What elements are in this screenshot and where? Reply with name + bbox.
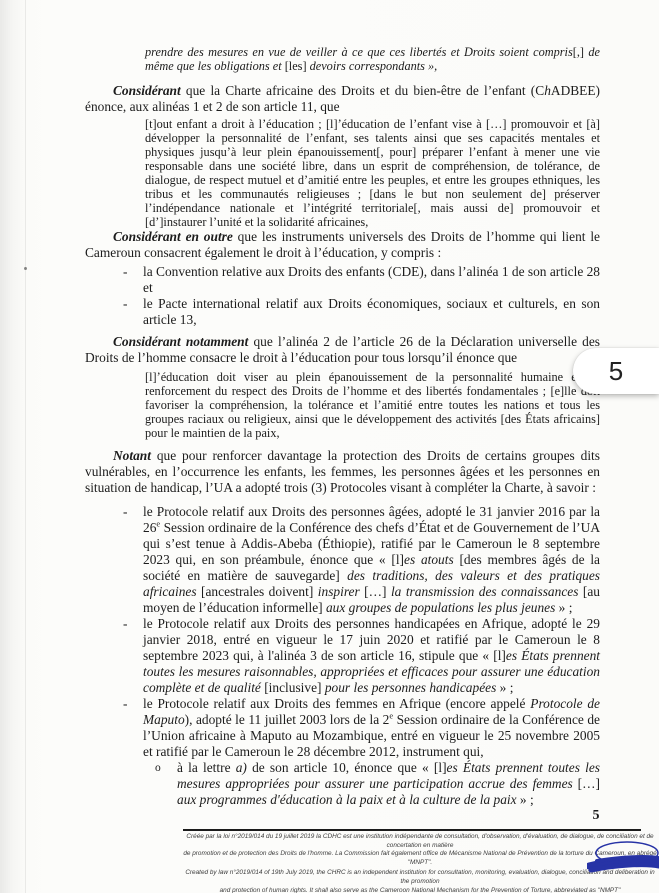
signature-scribble-icon <box>587 840 659 882</box>
page-number: 5 <box>583 808 609 824</box>
scan-edge <box>25 0 26 893</box>
page-tab-number: 5 <box>609 356 623 387</box>
footer-line-fr-2: de promotion et de protection des Droits… <box>183 850 657 867</box>
dash-bullet-marker: - <box>123 616 143 696</box>
list-item: - le Protocole relatif aux Droits des fe… <box>123 696 600 760</box>
dash-bullet-marker: - <box>123 696 143 760</box>
list-item-text: le Protocole relatif aux Droits des pers… <box>143 504 600 616</box>
list-item: - la Convention relative aux Droits des … <box>123 264 600 296</box>
dash-bullet-marker: - <box>123 296 143 328</box>
paragraph-notant: Notant que pour renforcer davantage la p… <box>85 448 600 496</box>
list-item-text: le Pacte international relatif aux Droit… <box>143 296 600 328</box>
list-item-text: le Protocole relatif aux Droits des pers… <box>143 616 600 696</box>
dash-bullet-marker: - <box>123 264 143 296</box>
bullet-list-protocols: - le Protocole relatif aux Droits des pe… <box>123 504 600 808</box>
paragraph-considerant-chadbee: Considérant que la Charte africaine des … <box>85 83 600 115</box>
paragraph-considerant-notamment: Considérant notamment que l’alinéa 2 de … <box>85 334 600 366</box>
list-item-text: le Protocole relatif aux Droits des femm… <box>143 696 600 760</box>
page-indicator-tab: 5 <box>573 348 659 394</box>
list-item: - le Protocole relatif aux Droits des pe… <box>123 504 600 616</box>
circle-bullet-marker: o <box>155 760 177 808</box>
quote-block-child-education: [t]out enfant a droit à l’éducation ; [l… <box>145 117 600 229</box>
scan-speck <box>24 267 27 270</box>
dash-bullet-marker: - <box>123 504 143 616</box>
quote-block-liberties: prendre des mesures en vue de veiller à … <box>145 45 600 73</box>
sub-list-item-text: à la lettre a) de son article 10, énonce… <box>177 760 600 808</box>
footer-line-en-2: and protection of human rights. It shall… <box>183 887 657 893</box>
list-item-text: la Convention relative aux Droits des en… <box>143 264 600 296</box>
footer-rule <box>183 829 641 831</box>
quote-block-udhr-education: [l]’éducation doit viser au plein épanou… <box>145 370 600 440</box>
document-page: prendre des mesures en vue de veiller à … <box>85 45 600 808</box>
footer: Créée par la loi n°2019/014 du 19 juille… <box>183 833 657 893</box>
list-item: - le Pacte international relatif aux Dro… <box>123 296 600 328</box>
list-item: - le Protocole relatif aux Droits des pe… <box>123 616 600 696</box>
sub-list-item: o à la lettre a) de son article 10, énon… <box>155 760 600 808</box>
paragraph-considerant-en-outre: Considérant en outre que les instruments… <box>85 229 600 261</box>
bullet-list-instruments: - la Convention relative aux Droits des … <box>123 264 600 328</box>
footer-line-en-1: Created by law n°2019/014 of 19th July 2… <box>183 869 657 886</box>
footer-line-fr-1: Créée par la loi n°2019/014 du 19 juille… <box>183 833 657 850</box>
